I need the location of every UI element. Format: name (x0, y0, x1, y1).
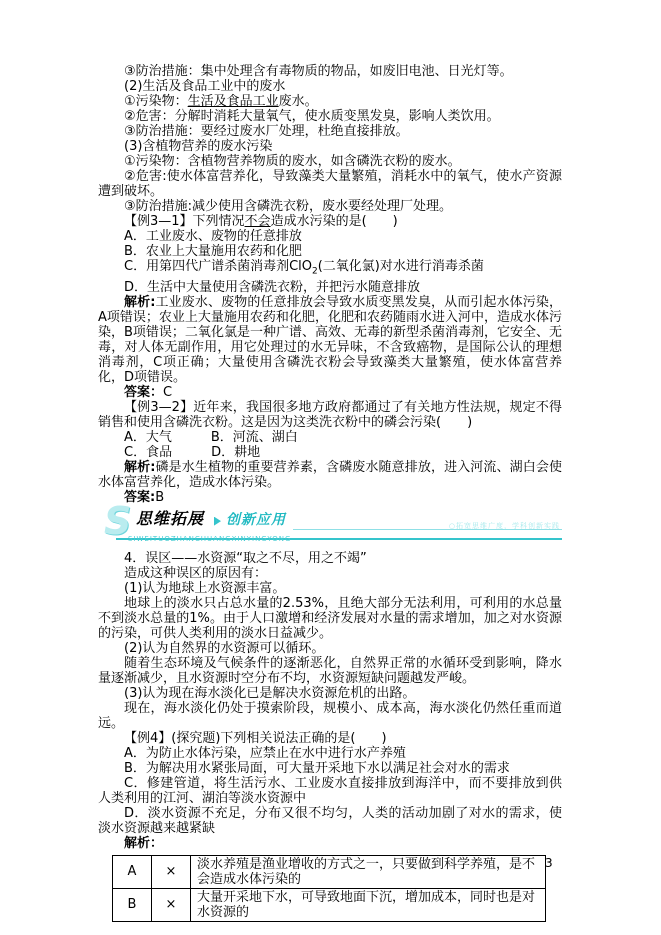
section-banner: S 思维拓展 创新应用 SIWEITUOZHANCHUANGXINYINGYON… (98, 508, 562, 548)
paragraph: 答案：C (98, 385, 562, 400)
text-segment: 【例3—1】下列情况 (124, 214, 245, 229)
paragraph: 【例3—1】下列情况不会造成水污染的是( ) (98, 214, 562, 229)
text-segment: C．修建管道，将生活污水、工业废水直接排放到海洋中，而不要排放到供人类利用的江河… (98, 776, 562, 806)
paragraph: 解析:磷是水生植物的重要营养素，含磷废水随意排放，进入河流、湖白会使水体富营养化… (98, 460, 562, 490)
text-segment: 解析： (124, 836, 163, 851)
paragraph: 随着生态环境及气候条件的逐渐恶化，自然界正常的水循环受到影响，降水量逐渐减少，且… (98, 656, 562, 686)
banner-subtitle: 创新应用 (226, 513, 286, 528)
text-segment: ①污染物： (124, 94, 188, 109)
paragraph: ②危害:使水体富营养化，导致藻类大量繁殖，消耗水中的氧气，使水产资源遭到破坏。 (98, 169, 562, 199)
text-segment: B．为解决用水紧张局面，可大量开采地下水以满足社会对水的需求 (124, 761, 510, 776)
text-segment: 解析: (124, 295, 155, 310)
text-segment: (二氧化氯)对水进行消毒杀菌 (318, 259, 484, 274)
paragraph: A．大气 B．河流、湖白 (98, 430, 562, 445)
text-segment: D．淡水资源不充足，分布又很不均匀，人类的活动加剧了对水的需求，使淡水资源越来越… (98, 806, 562, 836)
paragraph: 4．误区——水资源“取之不尽，用之不竭” (98, 551, 562, 566)
text-cell: 大量开采地下水，可导致地面下沉，增加成本，同时也是对水资源的 (191, 888, 546, 921)
text-segment: ③防治措施：集中处理含有毒物质的物品，如废旧电池、日光灯等。 (124, 64, 513, 79)
page-content: ③防治措施：集中处理含有毒物质的物品，如废旧电池、日光灯等。(2)生活及食品工业… (98, 64, 562, 922)
mark-cell: × (152, 888, 191, 921)
text-segment: (2)生活及食品工业中的废水 (124, 79, 285, 94)
banner-side-note: ○拓宽思维广度，学科创新实践 (449, 519, 560, 534)
text-segment: (3)含植物营养的废水污染 (124, 139, 272, 154)
text-segment: D．生活中大量使用含磷洗衣粉，并把污水随意排放 (124, 280, 420, 295)
paragraph: 造成这种误区的原因有： (98, 566, 562, 581)
text-segment: 造成水污染的是( ) (271, 214, 398, 229)
text-segment: B (155, 490, 164, 505)
mark-cell: × (152, 855, 191, 888)
document-page: ③防治措施：集中处理含有毒物质的物品，如废旧电池、日光灯等。(2)生活及食品工业… (0, 0, 661, 935)
text-segment: ②危害：分解时消耗大量氧气，使水质变黑发臭，影响人类饮用。 (124, 109, 500, 124)
paragraph: D．淡水资源不充足，分布又很不均匀，人类的活动加剧了对水的需求，使淡水资源越来越… (98, 806, 562, 836)
paragraph: (3)认为现在海水淡化已是解决水资源危机的出路。 (98, 686, 562, 701)
text-segment: (1)认为地球上水资源丰富。 (124, 581, 285, 596)
paragraph: ③防治措施:减少使用含磷洗衣粉，废水要经处理厂处理。 (98, 199, 562, 214)
text-cell: 淡水养殖是渔业增收的方式之一，只要做到科学养殖，是不会造成水体污染的 (191, 855, 546, 888)
paragraph: 【例3—2】近年来，我国很多地方政府都通过了有关地方性法规，规定不得销售和使用含… (98, 400, 562, 430)
text-segment: 4．误区——水资源“取之不尽，用之不竭” (124, 551, 367, 566)
banner-pinyin: SIWEITUOZHANCHUANGXINYINGYONG (128, 532, 291, 547)
paragraph: A．为防止水体污染，应禁止在水中进行水产养殖 (98, 746, 562, 761)
text-segment: A．大气 B．河流、湖白 (124, 430, 298, 445)
paragraph: 解析:工业废水、废物的任意排放会导致水质变黑发臭，从而引起水体污染，A项错误；农… (98, 295, 562, 385)
option-cell: A (113, 855, 152, 888)
paragraph: (2)认为自然界的水资源可以循环。 (98, 641, 562, 656)
option-cell: B (113, 888, 152, 921)
text-segment: ③防治措施:减少使用含磷洗衣粉，废水要经处理厂处理。 (124, 199, 452, 214)
table-row: A×淡水养殖是渔业增收的方式之一，只要做到科学养殖，是不会造成水体污染的 (113, 855, 546, 888)
text-segment: (3)认为现在海水淡化已是解决水资源危机的出路。 (124, 686, 415, 701)
table-row: B×大量开采地下水，可导致地面下沉，增加成本，同时也是对水资源的 (113, 888, 546, 921)
paragraph: C．用第四代广谱杀菌消毒剂ClO2(二氧化氯)对水进行消毒杀菌 (98, 259, 562, 280)
paragraph: 答案:B (98, 490, 562, 505)
text-segment: 随着生态环境及气候条件的逐渐恶化，自然界正常的水循环受到影响，降水量逐渐减少，且… (98, 656, 562, 686)
text-segment: A．为防止水体污染，应禁止在水中进行水产养殖 (124, 746, 406, 761)
paragraph: ③防治措施：集中处理含有毒物质的物品，如废旧电池、日光灯等。 (98, 64, 562, 79)
text-segment: 不会 (245, 214, 271, 229)
paragraph: B．为解决用水紧张局面，可大量开采地下水以满足社会对水的需求 (98, 761, 562, 776)
paragraph: ①污染物：含植物营养物质的废水，如含磷洗衣粉的废水。 (98, 154, 562, 169)
paragraph: A．工业废水、废物的任意排放 (98, 229, 562, 244)
text-segment: 答案： (124, 385, 163, 400)
text-segment: ③防治措施：要经过废水厂处理，杜绝直接排放。 (124, 124, 409, 139)
paragraph: 地球上的淡水只占总水量的2.53%，且绝大部分无法利用，可利用的水总量不到淡水总… (98, 596, 562, 641)
text-segment: 磷是水生植物的重要营养素，含磷废水随意排放，进入河流、湖白会使水体富营养化，造成… (98, 460, 562, 490)
text-segment: 【例3—2】近年来，我国很多地方政府都通过了有关地方性法规，规定不得销售和使用含… (98, 400, 562, 430)
paragraph: 现在，海水淡化仍处于摸索阶段，规模小、成本高，海水淡化仍然任重而道远。 (98, 701, 562, 731)
paragraph: 解析： (98, 836, 562, 851)
text-segment: A．工业废水、废物的任意排放 (124, 229, 302, 244)
paragraph: 【例4】(探究题)下列相关说法正确的是( ) (98, 731, 562, 746)
paragraph: ②危害：分解时消耗大量氧气，使水质变黑发臭，影响人类饮用。 (98, 109, 562, 124)
text-segment: C．用第四代广谱杀菌消毒剂ClO (124, 259, 312, 274)
text-segment: 解析: (124, 460, 155, 475)
text-segment: 地球上的淡水只占总水量的2.53%，且绝大部分无法利用，可利用的水总量不到淡水总… (98, 596, 562, 641)
banner-title: 思维拓展 (136, 511, 204, 526)
text-segment: 废水。 (279, 94, 318, 109)
banner-separator-icon (214, 517, 221, 526)
text-segment: B．农业上大量施用农药和化肥 (124, 244, 302, 259)
text-segment: 生活及食品工业 (188, 94, 279, 109)
paragraph: ③防治措施：要经过废水厂处理，杜绝直接排放。 (98, 124, 562, 139)
text-segment: 【例4】(探究题)下列相关说法正确的是( ) (124, 731, 387, 746)
content-top-section: ③防治措施：集中处理含有毒物质的物品，如废旧电池、日光灯等。(2)生活及食品工业… (98, 64, 562, 505)
paragraph: (3)含植物营养的废水污染 (98, 139, 562, 154)
text-segment: (2)认为自然界的水资源可以循环。 (124, 641, 324, 656)
paragraph: D．生活中大量使用含磷洗衣粉，并把污水随意排放 (98, 280, 562, 295)
text-segment: C．食品 D．耕地 (124, 445, 260, 460)
text-segment: ①污染物：含植物营养物质的废水，如含磷洗衣粉的废水。 (124, 154, 461, 169)
paragraph: C．修建管道，将生活污水、工业废水直接排放到海洋中，而不要排放到供人类利用的江河… (98, 776, 562, 806)
paragraph: (2)生活及食品工业中的废水 (98, 79, 562, 94)
paragraph: C．食品 D．耕地 (98, 445, 562, 460)
page-number: 3 (545, 856, 553, 871)
text-segment: 现在，海水淡化仍处于摸索阶段，规模小、成本高，海水淡化仍然任重而道远。 (98, 701, 562, 731)
paragraph: (1)认为地球上水资源丰富。 (98, 581, 562, 596)
content-bottom-section: 4．误区——水资源“取之不尽，用之不竭”造成这种误区的原因有：(1)认为地球上水… (98, 551, 562, 851)
answer-analysis-table: A×淡水养殖是渔业增收的方式之一，只要做到科学养殖，是不会造成水体污染的B×大量… (112, 855, 546, 922)
answer-table-body: A×淡水养殖是渔业增收的方式之一，只要做到科学养殖，是不会造成水体污染的B×大量… (113, 855, 546, 921)
text-segment: 工业废水、废物的任意排放会导致水质变黑发臭，从而引起水体污染，A项错误；农业上大… (98, 295, 562, 385)
text-segment: ②危害:使水体富营养化，导致藻类大量繁殖，消耗水中的氧气，使水产资源遭到破坏。 (98, 169, 562, 199)
paragraph: ①污染物：生活及食品工业废水。 (98, 94, 562, 109)
paragraph: B．农业上大量施用农药和化肥 (98, 244, 562, 259)
text-segment: 造成这种误区的原因有： (124, 566, 267, 581)
text-segment: C (163, 385, 172, 400)
